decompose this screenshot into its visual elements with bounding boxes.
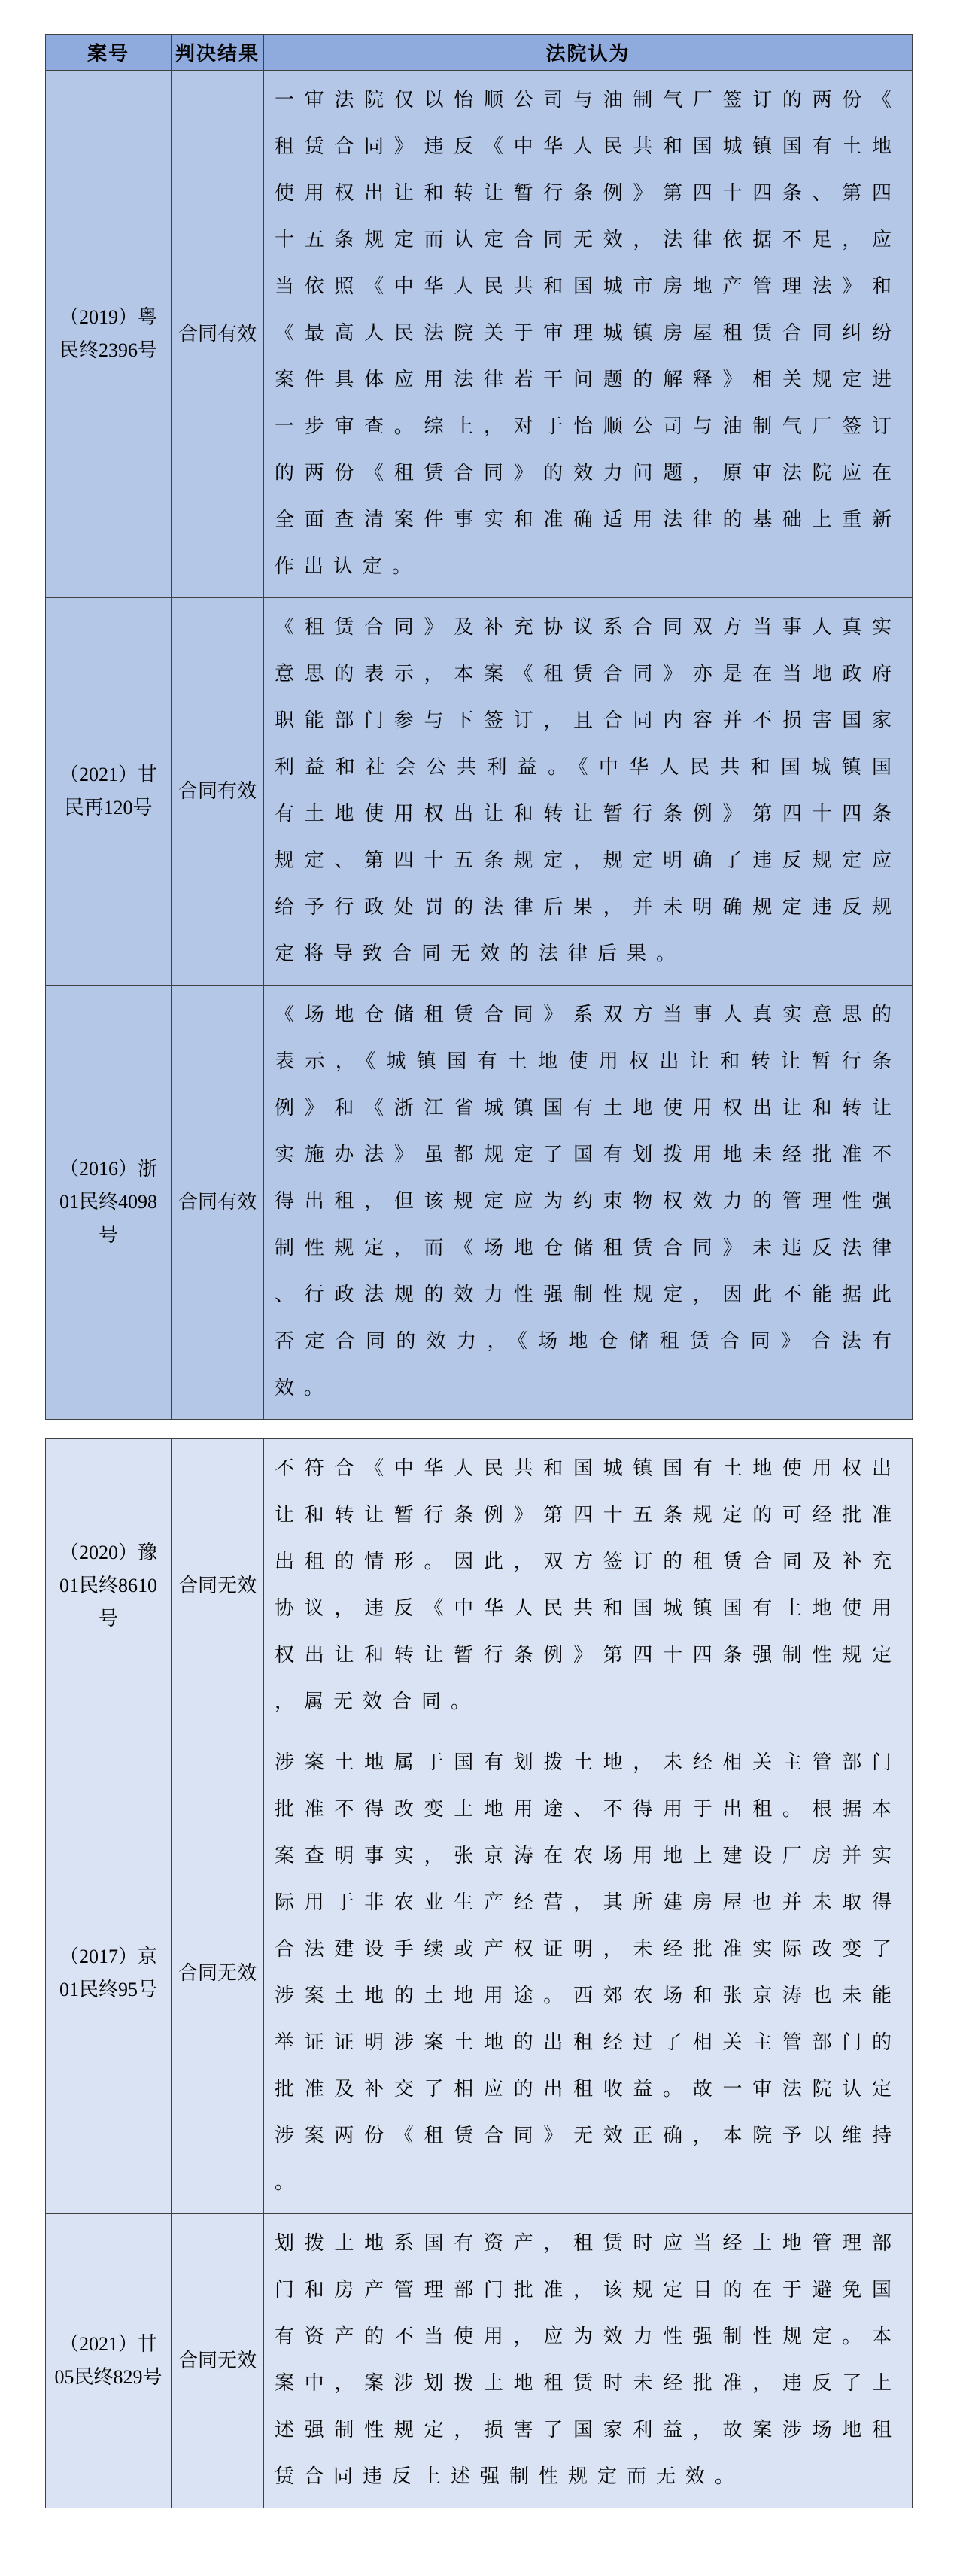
court-opinion-cell: 划拨土地系国有资产，租赁时应当经土地管理部门和房产管理部门批准，该规定目的在于避… (264, 2214, 913, 2508)
header-row: 案号 判决结果 法院认为 (46, 35, 913, 71)
table-row: （2021）甘民再120号 合同有效 《租赁合同》及补充协议系合同双方当事人真实… (46, 598, 913, 986)
verdict-cell: 合同有效 (172, 986, 264, 1420)
document-page: 案号 判决结果 法院认为 （2019）粤民终2396号 合同有效 一审法院仅以怡… (0, 0, 963, 2576)
court-opinion-cell: 《租赁合同》及补充协议系合同双方当事人真实意思的表示，本案《租赁合同》亦是在当地… (264, 598, 913, 986)
table-row: （2021）甘05民终829号 合同无效 划拨土地系国有资产，租赁时应当经土地管… (46, 2214, 913, 2508)
verdict-cell: 合同有效 (172, 598, 264, 986)
verdict-cell: 合同有效 (172, 71, 264, 598)
table-row: （2017）京01民终95号 合同无效 涉案土地属于国有划拨土地，未经相关主管部… (46, 1733, 913, 2214)
case-number-cell: （2021）甘民再120号 (46, 598, 172, 986)
table-row: （2016）浙01民终4098号 合同有效 《场地仓储租赁合同》系双方当事人真实… (46, 986, 913, 1420)
table-row: （2020）豫01民终8610号 合同无效 不符合《中华人民共和国城镇国有土地使… (46, 1439, 913, 1733)
case-number-cell: （2019）粤民终2396号 (46, 71, 172, 598)
valid-contract-table: 案号 判决结果 法院认为 （2019）粤民终2396号 合同有效 一审法院仅以怡… (45, 34, 913, 1420)
header-case-number: 案号 (46, 35, 172, 71)
case-number-cell: （2021）甘05民终829号 (46, 2214, 172, 2508)
verdict-cell: 合同无效 (172, 1439, 264, 1733)
header-verdict: 判决结果 (172, 35, 264, 71)
verdict-cell: 合同无效 (172, 2214, 264, 2508)
case-number-cell: （2017）京01民终95号 (46, 1733, 172, 2214)
verdict-cell: 合同无效 (172, 1733, 264, 2214)
case-number-cell: （2020）豫01民终8610号 (46, 1439, 172, 1733)
court-opinion-cell: 不符合《中华人民共和国城镇国有土地使用权出让和转让暂行条例》第四十五条规定的可经… (264, 1439, 913, 1733)
invalid-contract-table: （2020）豫01民终8610号 合同无效 不符合《中华人民共和国城镇国有土地使… (45, 1438, 913, 2508)
court-opinion-cell: 《场地仓储租赁合同》系双方当事人真实意思的表示，《城镇国有土地使用权出让和转让暂… (264, 986, 913, 1420)
table-row: （2019）粤民终2396号 合同有效 一审法院仅以怡顺公司与油制气厂签订的两份… (46, 71, 913, 598)
case-number-cell: （2016）浙01民终4098号 (46, 986, 172, 1420)
court-opinion-cell: 涉案土地属于国有划拨土地，未经相关主管部门批准不得改变土地用途、不得用于出租。根… (264, 1733, 913, 2214)
court-opinion-cell: 一审法院仅以怡顺公司与油制气厂签订的两份《租赁合同》违反《中华人民共和国城镇国有… (264, 71, 913, 598)
header-court-opinion: 法院认为 (264, 35, 913, 71)
table-section-gap (45, 1420, 912, 1438)
